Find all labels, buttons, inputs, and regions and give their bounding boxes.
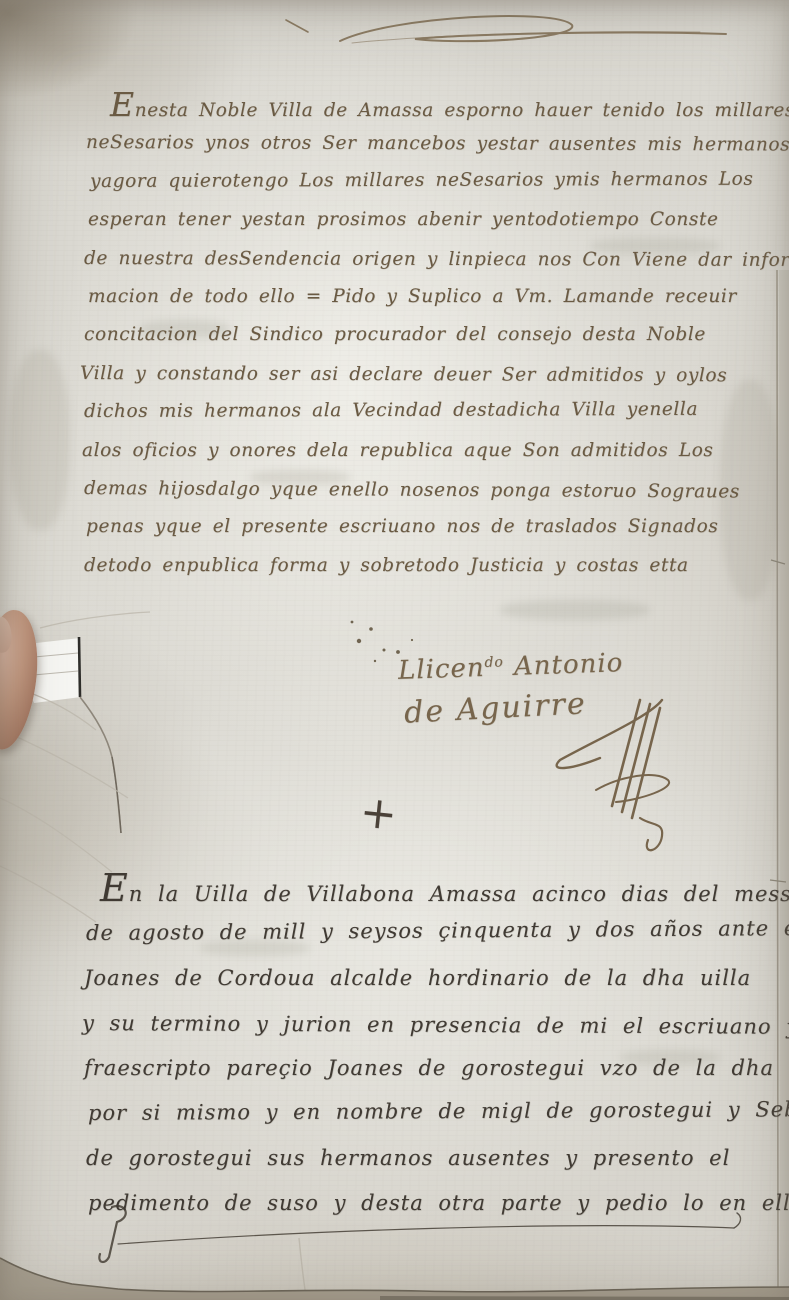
manuscript-line: Enesta Noble Villa de Amassa esporno hau… <box>110 86 784 124</box>
manuscript-line: Villa y constando ser asi declare deuer … <box>80 355 784 396</box>
manuscript-line: pedimento de suso y desta otra parte y p… <box>88 1181 789 1226</box>
signature-block: LlicendoAntonio de Aguirre <box>398 652 623 725</box>
manuscript-line: por si mismo y en nombre de migl de goro… <box>88 1087 789 1136</box>
manuscript-line: de gorostegui sus hermanos ausentes y pr… <box>86 1136 789 1181</box>
manuscript-line: fraescripto pareçio Joanes de gorostegui… <box>84 1046 789 1091</box>
manuscript-line: demas hijosdalgo yque enello nosenos pon… <box>84 470 784 512</box>
act-text-block: En la Uilla de Villabona Amassa acinco d… <box>86 866 789 1226</box>
signature-title: Llicen <box>398 653 486 686</box>
manuscript-line: de nuestra desSendencia origen y linpiec… <box>84 240 784 280</box>
signature-title-superscript: do <box>484 654 504 671</box>
manuscript-line: alos oficios y onores dela republica aqu… <box>82 432 784 470</box>
signature-name: LlicendoAntonio <box>398 648 624 686</box>
manuscript-photo: Enesta Noble Villa de Amassa esporno hau… <box>0 0 789 1300</box>
manuscript-line: yagora quierotengo Los millares neSesari… <box>90 160 784 201</box>
manuscript-line: esperan tener yestan prosimos abenir yen… <box>88 201 784 239</box>
manuscript-line: dichos mis hermanos ala Vecindad destadi… <box>84 391 784 432</box>
manuscript-line: neSesarios ynos otros Ser mancebos yesta… <box>86 124 784 165</box>
cross-mark: + <box>357 786 399 841</box>
manuscript-line: y su termino y jurion en presencia de mi… <box>82 1001 789 1050</box>
manuscript-line: macion de todo ello = Pido y Suplico a V… <box>88 278 784 316</box>
fingernail <box>0 616 12 653</box>
manuscript-line: penas yque el presente escriuano nos de … <box>86 508 784 546</box>
manuscript-line: de agosto de mill y seysos çinquenta y d… <box>86 906 789 956</box>
signature-surname: de Aguirre <box>403 684 624 730</box>
manuscript-line: En la Uilla de Villabona Amassa acinco d… <box>100 866 789 911</box>
manuscript-line: Joanes de Cordoua alcalde hordinario de … <box>84 956 789 1001</box>
signature-given-name: Antonio <box>513 648 623 682</box>
petition-text-block: Enesta Noble Villa de Amassa esporno hau… <box>84 86 784 585</box>
manuscript-line: detodo enpublica forma y sobretodo Justi… <box>84 547 784 585</box>
manuscript-line: concitacion del Sindico procurador del c… <box>84 316 784 354</box>
